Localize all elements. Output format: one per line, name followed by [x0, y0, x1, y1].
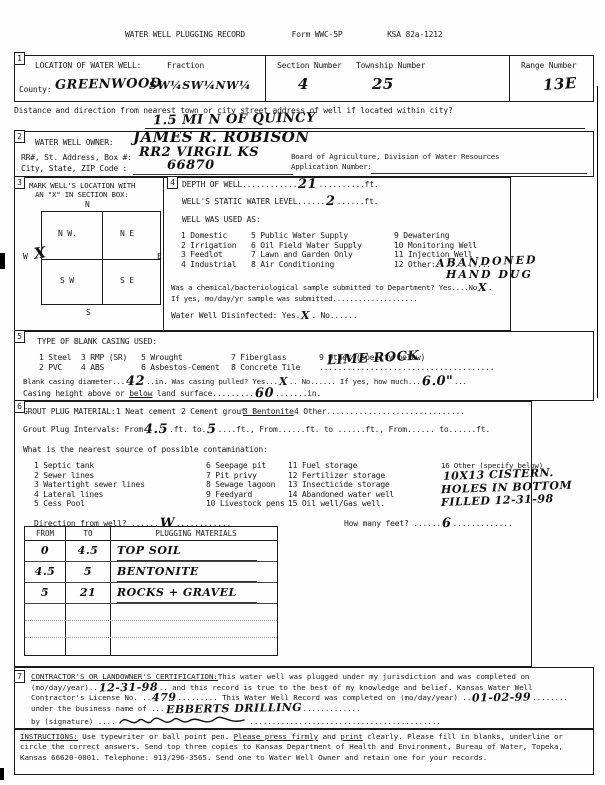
section-7-number: 7: [14, 670, 25, 683]
quadrant-se-label: S E: [120, 276, 134, 285]
feet-label: How many feet? ......: [344, 519, 441, 528]
section-6-grout: 6 GROUT PLUG MATERIAL: 1 Neat cement 2 C…: [14, 401, 532, 667]
form-statute: KSA 82a-1212: [387, 30, 442, 39]
below-underlined: below: [129, 389, 152, 398]
table-header-row: FROM TO PLUGGING MATERIALS: [25, 527, 277, 541]
distance-answer: 1.5 MI N OF QUINCY: [153, 111, 316, 129]
diameter-label: Blank casing diameter...: [23, 377, 125, 386]
scan-artifact: [0, 253, 5, 269]
use-option: 2 Irrigation: [181, 241, 236, 251]
section-number-value: 4: [298, 75, 309, 93]
casing-option: 4 ABS: [81, 363, 104, 372]
casing-diameter-line: Blank casing diameter...42..in. Was casi…: [23, 377, 467, 386]
form-header: WATER WELL PLUGGING RECORD Form WWC-5P K…: [125, 30, 442, 39]
application-number-line: [371, 173, 587, 174]
range-number-label: Range Number: [521, 61, 576, 70]
contamination-option: 15 Oil well/Gas well.: [288, 499, 394, 509]
contamination-option: 13 Insecticide storage: [288, 480, 394, 490]
casing-option: 7 Fiberglass: [231, 353, 286, 362]
fraction-value: SW¼SW¼NW¼: [149, 79, 251, 92]
column-divider: [265, 56, 266, 101]
material-value: ROCKS + GRAVEL: [117, 583, 257, 603]
diagram-horizontal-line: [42, 259, 160, 260]
section-3-4-wrapper: 3 MARK WELL'S LOCATION WITH AN "X" IN SE…: [14, 177, 511, 331]
depth-value: 21: [298, 182, 317, 188]
contamination-option: 6 Seepage pit: [206, 461, 284, 471]
disinfected-label: Water Well Disinfected: Yes.: [171, 311, 300, 320]
compass-e-label: E: [157, 252, 162, 261]
use-option: 7 Lawn and Garden Only: [251, 250, 362, 260]
zip-value: 66870: [167, 158, 215, 173]
grout-option-other: 4 Other..............................: [294, 407, 465, 416]
casing-option: 1 Steel: [39, 353, 71, 362]
contamination-option: 1 Septic tank: [34, 461, 145, 471]
grout-material-label: GROUT PLUG MATERIAL:: [23, 407, 115, 416]
from-column-header: FROM: [25, 527, 66, 540]
contamination-col-2: 6 Seepage pit 7 Pit privy 8 Sewage lagoo…: [206, 461, 284, 509]
license-number-value: 479: [152, 695, 177, 701]
signature-line: by (signature) .........................…: [31, 715, 589, 729]
casing-option: 8 Concrete Tile: [231, 363, 300, 372]
casing-option: 6 Asbestos-Cement: [141, 363, 219, 372]
casing-option: 5 Wrought: [141, 353, 183, 362]
township-number-label: Township Number: [356, 61, 425, 70]
contamination-col-1: 1 Septic tank 2 Sewer lines 3 Watertight…: [34, 461, 145, 509]
section-3-diagram: 3 MARK WELL'S LOCATION WITH AN "X" IN SE…: [15, 178, 164, 330]
section-7-certification: 7 CONTRACTOR'S OR LANDOWNER'S CERTIFICAT…: [14, 667, 594, 729]
quadrant-nw-label: N W.: [58, 229, 76, 238]
township-number-value: 25: [372, 75, 394, 93]
well-location-x-mark: X: [33, 243, 48, 263]
contamination-option: 12 Fertilizer storage: [288, 471, 394, 481]
how-much-value: 6.0": [422, 379, 453, 386]
contamination-option: 11 Fuel storage: [288, 461, 394, 471]
use-other-value-2: HAND DUG: [446, 268, 533, 281]
record-completed-date-value: 01-02-99: [472, 695, 531, 702]
address-label: RR#, St. Address, Box #:: [21, 153, 132, 162]
depth-label: DEPTH OF WELL............: [182, 180, 297, 189]
quadrant-sw-label: S W: [60, 276, 74, 285]
board-label: Board of Agriculture, Division of Water …: [291, 152, 499, 161]
section-number-label: Section Number: [277, 61, 342, 70]
contamination-option: 14 Abandoned water well: [288, 490, 394, 500]
county-label: County:: [19, 85, 51, 94]
use-options-col-2: 5 Public Water Supply 6 Oil Field Water …: [251, 231, 362, 269]
application-number-label: Application Number:: [291, 162, 372, 171]
form-number: Form WWC-5P: [292, 30, 343, 39]
use-option: 4 Industrial: [181, 260, 236, 270]
depth-of-well-line: DEPTH OF WELL............21..........ft.: [182, 180, 379, 189]
diagram-vertical-line: [102, 212, 103, 304]
from-value: 4.5: [25, 562, 66, 582]
use-options-col-1: 1 Domestic 2 Irrigation 3 Feedlot 4 Indu…: [181, 231, 236, 269]
contamination-other-value: FILLED 12-31-98: [441, 492, 554, 509]
casing-type-label: TYPE OF BLANK CASING USED:: [37, 337, 157, 346]
section-6-number: 6: [14, 400, 25, 413]
table-row: 4.5 5 BENTONITE: [25, 562, 277, 583]
fraction-label: Fraction: [167, 61, 204, 70]
sample-date-line: If yes, mo/day/yr sample was submitted..…: [171, 294, 417, 303]
owner-label: WATER WELL OWNER:: [35, 138, 113, 147]
contamination-option: 5 Cess Pool: [34, 499, 145, 509]
use-option: 8 Air Conditioning: [251, 260, 362, 270]
section-1-location: 1 LOCATION OF WATER WELL: Fraction Secti…: [14, 55, 594, 102]
interval-to-value: 5: [207, 427, 217, 433]
form-title: WATER WELL PLUGGING RECORD: [125, 30, 245, 39]
how-many-feet-line: How many feet? ......6.............: [344, 519, 513, 528]
use-option: 6 Oil Field Water Supply: [251, 241, 362, 251]
certification-text: CONTRACTOR'S OR LANDOWNER'S CERTIFICATIO…: [31, 672, 589, 729]
county-value: GREENWOOD: [55, 76, 162, 93]
plugging-materials-table: FROM TO PLUGGING MATERIALS 0 4.5 TOP SOI…: [24, 526, 278, 656]
static-level-value: 2: [326, 199, 336, 205]
column-divider: [509, 56, 510, 101]
use-option: 1 Domestic: [181, 231, 236, 241]
use-option: 10 Monitoring Well: [394, 241, 491, 251]
signature: [118, 713, 248, 727]
from-value: 5: [25, 583, 66, 603]
contamination-option: 4 Lateral lines: [34, 490, 145, 500]
interval-from-value: 4.5: [144, 427, 168, 433]
contamination-question: What is the nearest source of possible c…: [23, 445, 268, 454]
grout-option: 1 Neat cement: [116, 407, 176, 416]
casing-option: 2 PVC: [39, 363, 62, 372]
section-3-number: 3: [14, 176, 25, 189]
section-1-number: 1: [14, 52, 25, 65]
contamination-option: 3 Watertight sewer lines: [34, 480, 145, 490]
casing-height-value: 60: [255, 391, 274, 397]
table-row: 0 4.5 TOP SOIL: [25, 541, 277, 562]
grout-intervals-line: Grout Plug Intervals: From4.5.ft. to.5..…: [23, 425, 490, 434]
grout-option-bentonite-underlined: 3 Bentonite: [243, 407, 294, 416]
use-option: 9 Dewatering: [394, 231, 491, 241]
contamination-option: 2 Sewer lines: [34, 471, 145, 481]
contamination-option: 9 Feedyard: [206, 490, 284, 500]
sample-no-x-mark: X: [478, 285, 487, 291]
print-underlined: print: [340, 732, 362, 741]
scan-artifact: [0, 768, 4, 780]
range-number-value: 13E: [542, 74, 577, 94]
diameter-value: 42: [126, 379, 145, 385]
section-2-number: 2: [14, 130, 25, 143]
compass-s-label: S: [86, 308, 91, 317]
from-value: 0: [25, 541, 66, 561]
static-water-level-line: WELL'S STATIC WATER LEVEL......2......ft…: [182, 197, 378, 206]
business-name-value: EBBERTS DRILLING: [165, 705, 301, 713]
casing-option: 3 RMP (SR): [81, 353, 127, 362]
casing-height-line: Casing height above or below land surfac…: [23, 389, 321, 398]
disinfected-yes-x-mark: X: [301, 313, 310, 319]
use-option: 5 Public Water Supply: [251, 231, 362, 241]
section-5-casing: 5 TYPE OF BLANK CASING USED: 1 Steel 3 R…: [14, 331, 594, 401]
to-value: 21: [66, 583, 111, 603]
section-2-owner: 2 WATER WELL OWNER: JAMES R. ROBISON RR#…: [14, 131, 594, 177]
press-firmly-underlined: Please press firmly: [234, 732, 319, 741]
mark-location-label-2: AN "X" IN SECTION BOX:: [35, 190, 129, 199]
section-box-diagram: N W. N E S W S E: [41, 211, 161, 305]
table-row-empty: [25, 621, 277, 638]
compass-n-label: N: [85, 200, 90, 209]
table-row-empty: [25, 638, 277, 655]
scan-margin-line: [597, 86, 598, 398]
certification-label: CONTRACTOR'S OR LANDOWNER'S CERTIFICATIO…: [31, 672, 218, 681]
section-4-well-info: 4 DEPTH OF WELL............21..........f…: [164, 178, 510, 330]
section-4-number: 4: [167, 176, 178, 189]
quadrant-ne-label: N E: [120, 229, 134, 238]
to-value: 5: [66, 562, 111, 582]
disinfected-line: Water Well Disinfected: Yes.X. No......: [171, 311, 357, 320]
use-option: 3 Feedlot: [181, 250, 236, 260]
casing-other-dots: ......................................: [319, 363, 494, 372]
to-value: 4.5: [66, 541, 111, 561]
distance-answer-line: 1.5 MI N OF QUINCY: [145, 112, 585, 129]
owner-value: JAMES R. ROBISON: [133, 128, 310, 146]
materials-column-header: PLUGGING MATERIALS: [111, 527, 277, 540]
contamination-option: 8 Sewage lagoon: [206, 480, 284, 490]
plugged-date-value: 12-31-98: [99, 684, 158, 691]
by-signature-label: by (signature) ....: [31, 717, 116, 726]
material-value: TOP SOIL: [117, 541, 257, 561]
signature-dots: ........................................…: [250, 717, 441, 726]
instructions-text: INSTRUCTIONS: Use typewriter or ball poi…: [20, 732, 590, 763]
table-row-empty: [25, 604, 277, 621]
section-5-number: 5: [14, 330, 25, 343]
contamination-option: 10 Livestock pens: [206, 499, 284, 509]
contamination-option: 7 Pit privy: [206, 471, 284, 481]
compass-w-label: W: [23, 252, 28, 261]
grout-option: 2 Cement grout: [181, 407, 246, 416]
material-value: BENTONITE: [117, 562, 257, 582]
to-column-header: TO: [66, 527, 111, 540]
well-used-as-label: WELL WAS USED AS:: [182, 215, 260, 224]
instructions-label: INSTRUCTIONS:: [20, 732, 78, 741]
static-level-label: WELL'S STATIC WATER LEVEL......: [182, 197, 325, 206]
casing-pulled-x-mark: X: [279, 379, 288, 385]
sample-submitted-line: Was a chemical/bacteriological sample su…: [171, 283, 492, 292]
feet-value: 6: [442, 521, 452, 527]
intervals-label: Grout Plug Intervals: From: [23, 425, 143, 434]
address-writing-line: [133, 174, 293, 175]
sample-question: Was a chemical/bacteriological sample su…: [171, 283, 477, 292]
table-row: 5 21 ROCKS + GRAVEL: [25, 583, 277, 604]
city-state-zip-label: City, State, ZIP Code :: [21, 164, 127, 173]
location-label: LOCATION OF WATER WELL:: [35, 61, 141, 70]
instructions-box: INSTRUCTIONS: Use typewriter or ball poi…: [14, 729, 594, 775]
water-well-plugging-record-scan: WATER WELL PLUGGING RECORD Form WWC-5P K…: [0, 0, 605, 785]
contamination-col-3: 11 Fuel storage 12 Fertilizer storage 13…: [288, 461, 394, 509]
mark-location-label-1: MARK WELL'S LOCATION WITH: [29, 181, 135, 190]
